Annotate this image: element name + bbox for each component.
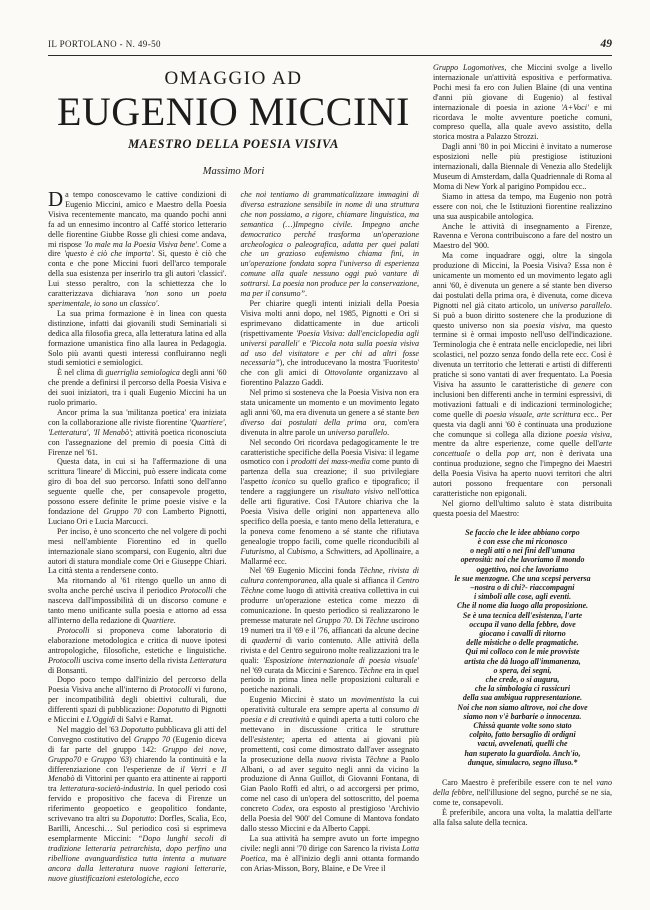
poem-line: che crede, o si augura, — [433, 675, 612, 684]
paragraph: La sua prima formazione è in linea con q… — [48, 309, 227, 368]
poem-line: Chissà quante volte sono stato — [433, 721, 612, 730]
paragraph: Per inciso, è uno sconcerto che nel volg… — [48, 527, 227, 577]
page-header: IL PORTOLANO - N. 49-50 49 — [48, 38, 612, 56]
poem-line: dunque, simulacro, segno illuso.* — [433, 758, 612, 767]
paragraph: che noi tentiamo di grammaticalizzare im… — [241, 190, 420, 299]
left-zone: OMAGGIO AD EUGENIO MICCINI MAESTRO DELLA… — [48, 63, 419, 883]
poem-line: operosità: noi che lavoriamo il mondo — [433, 555, 612, 564]
paragraph: Anche le attività di insegnamento a Fire… — [433, 222, 612, 252]
column-2: che noi tentiamo di grammaticalizzare im… — [241, 190, 420, 883]
poem-line: han superato la guardiola. Anch'io, — [433, 749, 612, 758]
poem-line: occupa il vano della febbre, dove — [433, 620, 612, 629]
column-1: Da tempo conoscevamo le cattive condizio… — [48, 190, 227, 883]
article-kicker: OMAGGIO AD — [48, 68, 419, 90]
poem-line: colpito, fatto bersaglio di ordigni — [433, 730, 612, 739]
paragraph: Ancor prima la sua 'militanza poetica' e… — [48, 408, 227, 458]
paragraph: Nel secondo Ori ricordava pedagogicament… — [241, 438, 420, 567]
article-content: OMAGGIO AD EUGENIO MICCINI MAESTRO DELLA… — [48, 63, 612, 883]
paragraph: Per chiarire quegli intenti iniziali del… — [241, 299, 420, 388]
poem-line: della sua ambigua rappresentazione. — [433, 693, 612, 702]
paragraph: La sua attività ha sempre avuto un forte… — [241, 834, 420, 874]
journal-title: IL PORTOLANO - N. 49-50 — [48, 39, 161, 49]
dropcap: D — [48, 190, 65, 209]
poem-line: Se faccio che le idee abbiano corpo — [433, 528, 612, 537]
paragraph: Caro Maestro è preferibile essere con te… — [433, 778, 612, 808]
poem-line: è con esse che mi riconosco — [433, 537, 612, 546]
poem-line: oggettivo, noi che lavoriamo — [433, 565, 612, 574]
paragraph: Eugenio Miccini è stato un movimentista … — [241, 695, 420, 834]
article-title: EUGENIO MICCINI — [48, 91, 419, 133]
poem-line: Che il nome dia luogo alla proposizione. — [433, 601, 612, 610]
column-3: Gruppo Logomotives, che Miccini svolge a… — [433, 63, 612, 883]
magazine-page: IL PORTOLANO - N. 49-50 49 OMAGGIO AD EU… — [0, 0, 650, 910]
poem-line: Qui mi colloco con le mie provviste — [433, 647, 612, 656]
paragraph: Nel maggio del '63 Dopotutto pubblicava … — [48, 725, 227, 884]
poem-line: –nostra o di chi?- riaccompagni — [433, 583, 612, 592]
poem-line: Noi che non siamo altrove, noi che dove — [433, 703, 612, 712]
paragraph: Da tempo conoscevamo le cattive condizio… — [48, 190, 227, 309]
poem-line: giocano i cavalli di ritorno — [433, 629, 612, 638]
paragraph: Dopo poco tempo dall'inizio del percorso… — [48, 675, 227, 725]
paragraph: Protocolli si proponeva come laboratorio… — [48, 626, 227, 676]
paragraph: Gruppo Logomotives, che Miccini svolge a… — [433, 63, 612, 142]
paragraph: Dagli anni '80 in poi Miccini è invitato… — [433, 142, 612, 192]
memorial-poem: Se faccio che le idee abbiano corpoè con… — [433, 528, 612, 767]
page-number: 49 — [601, 38, 613, 50]
poem-line: i simboli alle cose, agli eventi. — [433, 592, 612, 601]
paragraph: Ma come inquadrare oggi, oltre la singol… — [433, 251, 612, 499]
poem-line: Se è una tecnica dell'esistenza, l'arte — [433, 611, 612, 620]
poem-line: delle mistiche o delle pragmatiche. — [433, 638, 612, 647]
article-author: Massimo Mori — [48, 166, 419, 177]
article-subtitle: MAESTRO DELLA POESIA VISIVA — [48, 137, 419, 152]
two-columns: Da tempo conoscevamo le cattive condizio… — [48, 190, 419, 883]
paragraph: Nel primo si sosteneva che la Poesia Vis… — [241, 388, 420, 438]
poem-line: artista che dà luogo all'immanenza, — [433, 657, 612, 666]
poem-line: o negli atti o nei fini dell'umana — [433, 546, 612, 555]
poem-line: che la simbologia ci rassicuri — [433, 684, 612, 693]
paragraph: Nel giorno dell'ultimo saluto è stata di… — [433, 499, 612, 519]
poem-line: o spera, dei segni, — [433, 666, 612, 675]
paragraph: Siamo in attesa da tempo, ma Eugenio non… — [433, 192, 612, 222]
poem-line: siamo non v'è barbarie o innocenza. — [433, 712, 612, 721]
paragraph: Nel '69 Eugenio Miccini fonda Tèchne, ri… — [241, 566, 420, 695]
article-title-block: OMAGGIO AD EUGENIO MICCINI MAESTRO DELLA… — [48, 63, 419, 177]
poem-line: vacui, avvelenati, quelli che — [433, 739, 612, 748]
poem-line: le sue menzogne. Che una scepsi perversa — [433, 574, 612, 583]
paragraph: È nel clima di guerriglia semiologica de… — [48, 368, 227, 408]
paragraph: Questa data, in cui si ha l'affermazione… — [48, 457, 227, 526]
paragraph: È preferibile, ancora una volta, la mala… — [433, 808, 612, 828]
paragraph: Ma ritornando al '61 ritengo quello un a… — [48, 576, 227, 626]
